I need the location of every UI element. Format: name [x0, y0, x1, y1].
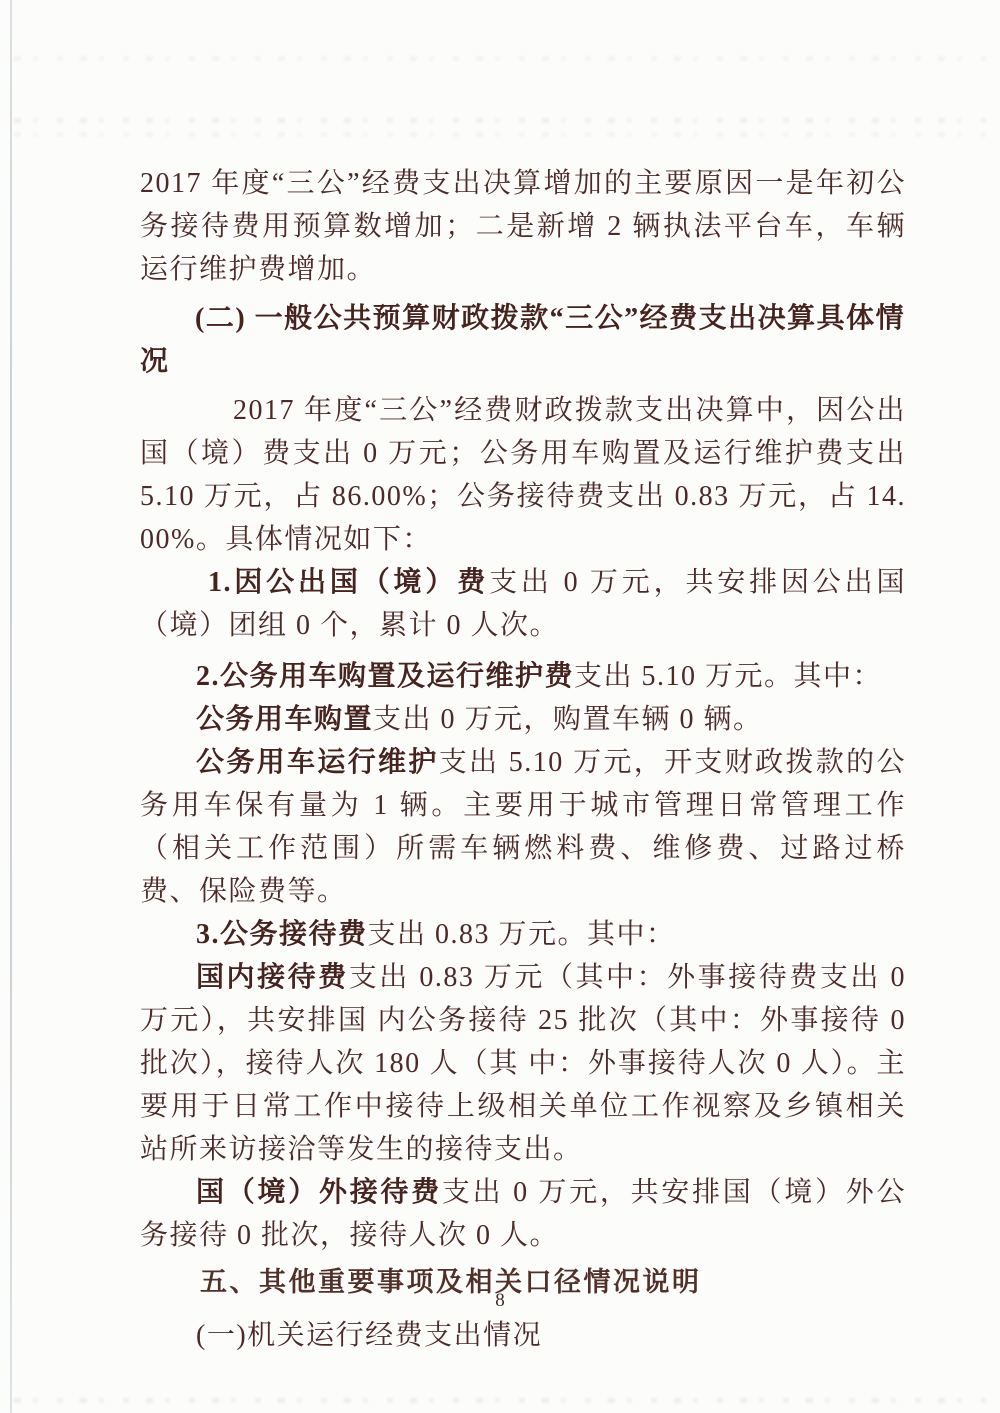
text-run: 支出 0 万元，购置车辆 0 辆。 — [373, 704, 763, 735]
text-run: 支出 5.10 万元。其中： — [574, 661, 882, 692]
para-item-1-abroad: 1.因公出国（境）费支出 0 万元，共安排因公出国（境）团组 0 个，累计 0 … — [140, 561, 906, 647]
para-increase-reason: 2017 年度“三公”经费支出决算增加的主要原因一是年初公务接待费用预算数增加；… — [140, 162, 906, 291]
para-foreign-reception: 国（境）外接待费支出 0 万元，共安排国（境）外公务接待 0 批次，接待人次 0… — [140, 1171, 906, 1257]
para-item-2-vehicle: 2.公务用车购置及运行维护费支出 5.10 万元。其中： — [140, 655, 906, 698]
bleed-noise-band-top — [14, 56, 986, 61]
text-run-bold: 国内接待费 — [196, 962, 349, 993]
para-vehicle-purchase: 公务用车购置支出 0 万元，购置车辆 0 辆。 — [140, 698, 906, 741]
text-run: 2017 年度“三公”经费财政拨款支出决算中，因公出国（境）费支出 0 万元；公… — [140, 395, 906, 555]
scanned-document-page: 2017 年度“三公”经费支出决算增加的主要原因一是年初公务接待费用预算数增加；… — [0, 0, 1000, 1413]
text-run-bold: 2.公务用车购置及运行维护费 — [196, 661, 574, 692]
heading-section-2: (二) 一般公共预算财政拨款“三公”经费支出决算具体情况 — [140, 297, 906, 383]
scan-edge-line — [10, 0, 12, 1413]
text-run-bold: 公务用车运行维护 — [196, 747, 439, 778]
text-run-bold: 1.因公出国（境）费 — [208, 567, 489, 598]
para-item-3-reception: 3.公务接待费支出 0.83 万元。其中： — [140, 913, 906, 956]
para-overview: 2017 年度“三公”经费财政拨款支出决算中，因公出国（境）费支出 0 万元；公… — [140, 389, 906, 561]
para-domestic-reception: 国内接待费支出 0.83 万元（其中：外事接待费支出 0 万元），共安排国 内公… — [140, 956, 906, 1171]
text-run-bold: 公务用车购置 — [196, 704, 373, 735]
para-subsection-1: (一)机关运行经费支出情况 — [140, 1314, 906, 1357]
text-run-bold: 3.公务接待费 — [196, 919, 368, 950]
bleed-noise-band-upper — [14, 118, 986, 123]
page-number: 8 — [0, 1290, 1000, 1312]
text-run: (一)机关运行经费支出情况 — [196, 1320, 542, 1351]
text-run: 支出 0.83 万元。其中： — [368, 919, 676, 950]
bleed-noise-band-upper-2 — [14, 132, 986, 137]
text-run-bold: 国（境）外接待费 — [196, 1177, 442, 1208]
bleed-noise-band-bottom — [14, 1398, 986, 1403]
document-body: 2017 年度“三公”经费支出决算增加的主要原因一是年初公务接待费用预算数增加；… — [140, 162, 906, 1357]
para-vehicle-operation: 公务用车运行维护支出 5.10 万元，开支财政拨款的公务用车保有量为 1 辆。主… — [140, 741, 906, 913]
heading-text: (二) 一般公共预算财政拨款“三公”经费支出决算具体情况 — [140, 303, 905, 377]
text-run: 2017 年度“三公”经费支出决算增加的主要原因一是年初公务接待费用预算数增加；… — [140, 168, 906, 285]
